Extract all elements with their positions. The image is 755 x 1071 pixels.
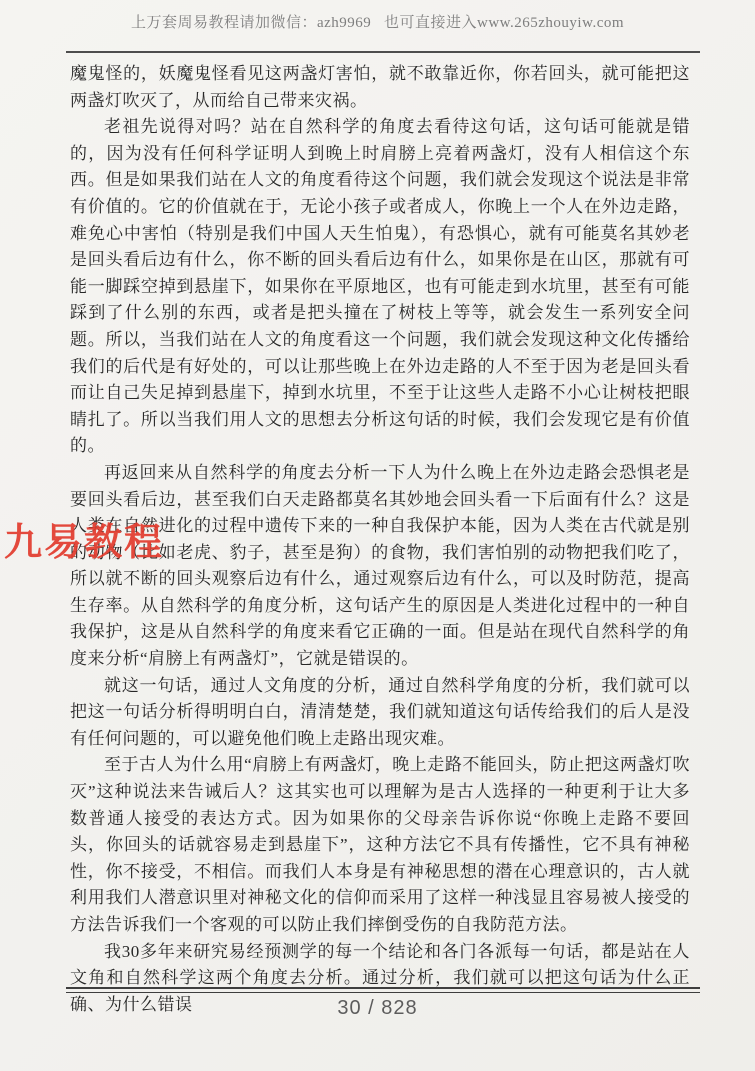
page-number: 30 / 828 xyxy=(0,997,755,1020)
scanned-page: 上万套周易教程请加微信：azh9969 也可直接进入www.265zhouyiw… xyxy=(0,0,755,1071)
paragraph: 再返回来从自然科学的角度去分析一下人为什么晚上在外边走路会恐惧老是要回头看后边，… xyxy=(70,460,690,673)
paragraph: 就这一句话，通过人文角度的分析，通过自然科学角度的分析，我们就可以把这一句话分析… xyxy=(70,673,690,753)
paragraph: 至于古人为什么用“肩膀上有两盏灯，晚上走路不能回头，防止把这两盏灯吹灭”这种说法… xyxy=(70,752,690,938)
header-promo-text: 上万套周易教程请加微信：azh9969 也可直接进入www.265zhouyiw… xyxy=(0,11,755,32)
paragraph: 老祖先说得对吗？站在自然科学的角度去看待这句话，这句话可能就是错的，因为没有任何… xyxy=(70,114,690,460)
paragraph-continuation: 魔鬼怪的，妖魔鬼怪看见这两盏灯害怕，就不敢靠近你，你若回头，就可能把这两盏灯吹灭… xyxy=(70,61,690,114)
bottom-rule xyxy=(66,987,700,993)
top-rule xyxy=(66,51,700,53)
body-text: 魔鬼怪的，妖魔鬼怪看见这两盏灯害怕，就不敢靠近你，你若回头，就可能把这两盏灯吹灭… xyxy=(70,61,690,1018)
